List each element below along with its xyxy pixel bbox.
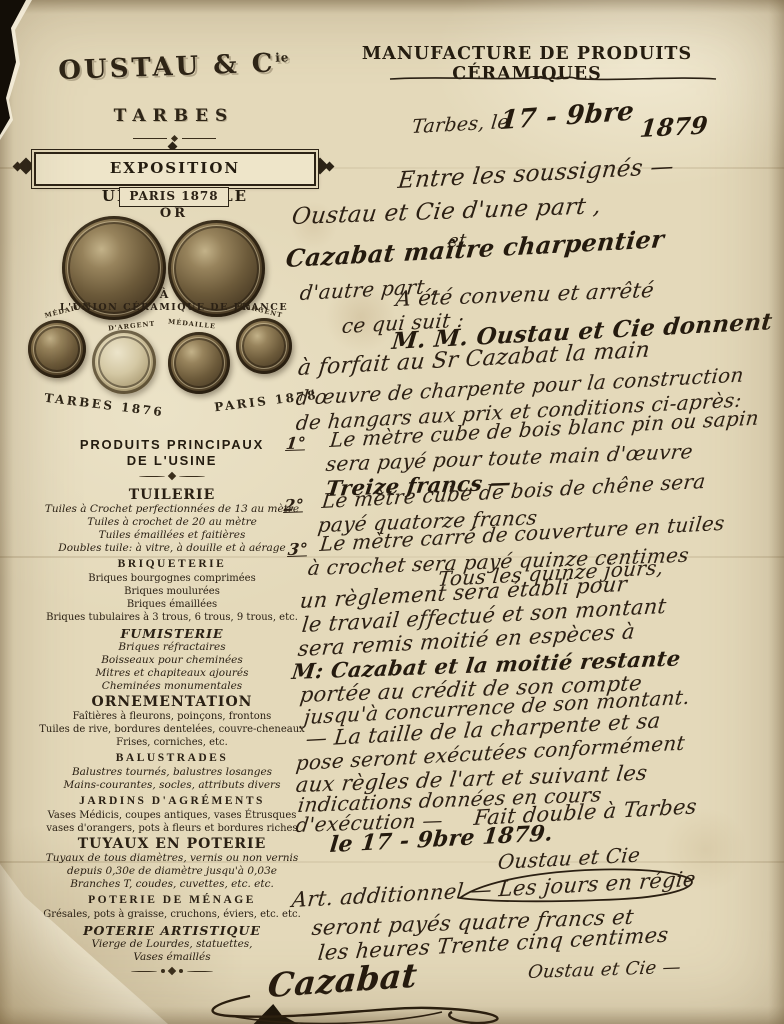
product-item: Tuiles de rive, bordures dentelées, couv… xyxy=(24,723,320,736)
product-item: depuis 0,30e de diamètre jusqu'à 0,03e xyxy=(24,865,320,878)
product-item: Balustres tournés, balustres losanges xyxy=(24,766,320,779)
section-title-fumisterie: FUMISTERIE xyxy=(24,626,320,641)
product-item: Grésales, pots à graisse, cruchons, évie… xyxy=(24,908,320,921)
products-heading-line1: PRODUITS PRINCIPAUX xyxy=(24,437,320,453)
product-item: Tuiles à Crochet perfectionnées de 13 au… xyxy=(24,503,320,516)
award-tarbes-1876: TARBES 1876 xyxy=(44,391,165,420)
dateline-year: 1879 xyxy=(638,110,709,143)
product-item: Briques tubulaires à 3 trous, 6 trous, 9… xyxy=(24,611,320,624)
handwritten-line: Entre les soussignés — xyxy=(397,153,676,194)
product-item: Tuiles à crochet de 20 au mètre xyxy=(24,516,320,529)
medal-grade-gold: OR xyxy=(24,206,324,221)
product-item: Branches T, coudes, cuvettes, etc. etc. xyxy=(24,878,320,891)
heading-rule-ornament xyxy=(24,473,320,479)
section-title-jardins: JARDINS D'AGRÉMENTS xyxy=(24,794,320,809)
section-title-tuyaux: TUYAUX EN POTERIE xyxy=(24,837,320,852)
product-item: Briques bourgognes comprimées xyxy=(24,572,320,585)
section-title-tuilerie: TUILERIE xyxy=(24,488,320,503)
paris-medal-figure-icon xyxy=(236,318,292,374)
handwritten-line: Cazabat maître charpentier xyxy=(284,224,665,273)
product-item: Boisseaux pour cheminées xyxy=(24,654,320,667)
products-heading: PRODUITS PRINCIPAUX DE L'USINE xyxy=(24,437,320,479)
product-item: Vases émaillés xyxy=(24,951,320,964)
product-item: Doubles tuile: à vitre, à douille et à a… xyxy=(24,542,320,555)
product-item: Vases Médicis, coupes antiques, vases Ét… xyxy=(24,809,320,822)
divider-ornament xyxy=(24,136,324,141)
a-mark: À xyxy=(154,288,174,301)
product-item: Cheminées monumentales xyxy=(24,680,320,693)
company-name-superscript: ie xyxy=(275,50,290,64)
products-list: TUILERIE Tuiles à Crochet perfectionnées… xyxy=(24,486,320,974)
clause-number-1: 1° xyxy=(285,433,307,453)
products-heading-line2: DE L'USINE xyxy=(24,453,320,469)
exposition-banner: EXPOSITION UNIVERSELLE xyxy=(34,152,316,186)
banner-crest-icon xyxy=(168,142,178,152)
banner-finial-right-tip-icon xyxy=(325,162,335,172)
section-title-menage: POTERIE DE MÉNAGE xyxy=(24,893,320,908)
aged-letter-document: OUSTAU & Cie TARBES EXPOSITION UNIVERSEL… xyxy=(0,0,784,1024)
product-item: Vierge de Lourdes, statuettes, xyxy=(24,938,320,951)
tarbes-medal-shield-icon xyxy=(28,320,86,378)
company-name: OUSTAU & Cie xyxy=(24,47,325,87)
section-title-briqueterie: BRIQUETERIE xyxy=(24,557,320,572)
handwritten-line: Oustau et Cie d'une part , xyxy=(290,193,602,230)
dateline-date: 17 - 9bre xyxy=(499,97,636,137)
banner-city-year: PARIS 1878 xyxy=(119,187,229,207)
product-item: Mitres et chapiteaux ajourés xyxy=(24,667,320,680)
product-item: Faîtières à fleurons, poinçons, frontons xyxy=(24,710,320,723)
paris-medal-profile-icon xyxy=(168,332,230,394)
company-city: TARBES xyxy=(24,106,324,126)
cazabat-signature-flourish xyxy=(190,978,520,1024)
oustau-countersignature: Oustau et Cie — xyxy=(527,957,682,983)
company-name-main: OUSTAU & C xyxy=(58,48,276,86)
tarbes-medal-wreath-icon xyxy=(92,330,156,394)
product-item: Briques réfractaires xyxy=(24,641,320,654)
section-title-balustrades: BALUSTRADES xyxy=(24,751,320,766)
product-item: Tuiles émaillées et faitières xyxy=(24,529,320,542)
small-medal-label-3: MÉDAILLE xyxy=(168,318,217,331)
product-item: Frises, corniches, etc. xyxy=(24,736,320,749)
section-title-ornementation: ORNEMENTATION xyxy=(24,695,320,710)
product-item: vases d'orangers, pots à fleurs et bordu… xyxy=(24,822,320,835)
clause-number-3: 3° xyxy=(287,539,309,559)
title-underline-flourish xyxy=(388,70,718,86)
dateline-prefix: Tarbes, le xyxy=(411,111,510,138)
clause-number-2: 2° xyxy=(283,495,305,515)
product-item: Mains-courantes, socles, attributs diver… xyxy=(24,779,320,792)
product-item: Briques moulurées xyxy=(24,585,320,598)
section-title-artistique: POTERIE ARTISTIQUE xyxy=(24,923,320,938)
product-item: Tuyaux de tous diamètres, vernis ou non … xyxy=(24,852,320,865)
product-item: Briques émaillées xyxy=(24,598,320,611)
